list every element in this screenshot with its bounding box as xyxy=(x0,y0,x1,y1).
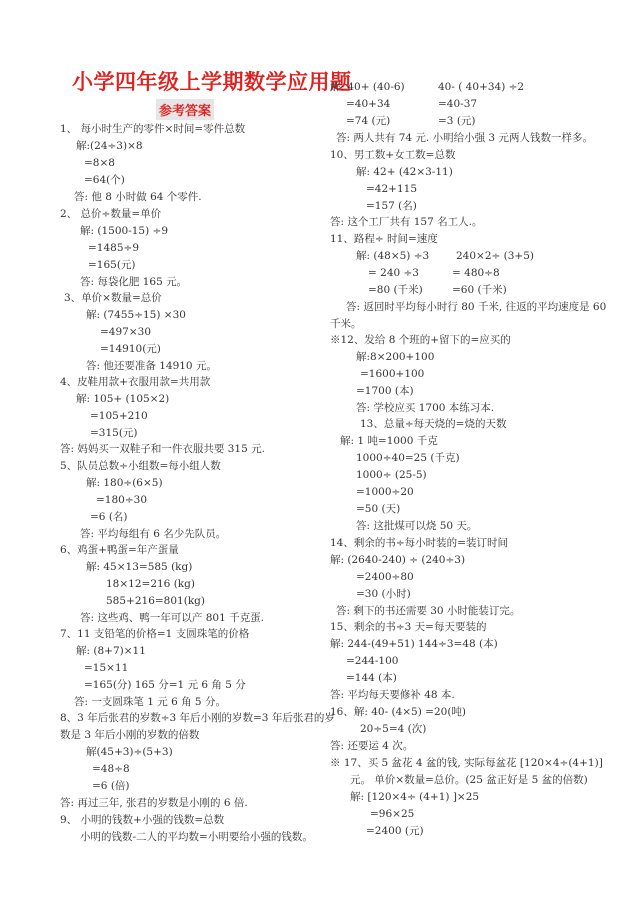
text-line: =8×8 xyxy=(84,156,115,170)
text-line: =6 (倍) xyxy=(92,779,130,793)
text-line: 答: 返回时平均每小时行 80 千米, 往返的平均速度是 60 xyxy=(346,300,606,314)
text-line: =1485÷9 xyxy=(88,241,139,255)
text-line: 解: (1500-15) ÷9 xyxy=(80,224,168,238)
text-line: 解: (2640-240) ÷ (240÷3) xyxy=(330,553,465,567)
text-line: =48÷8 xyxy=(92,762,130,776)
text-line: 16、解: 40- (4×5) =20(吨) xyxy=(330,705,466,719)
text-line: 答: 这些鸡、鸭一年可以产 801 千克蛋. xyxy=(80,611,264,625)
text-line: 答: 他 8 小时做 64 个零件. xyxy=(74,190,202,204)
text-line: =30 (小时) xyxy=(356,587,411,601)
text-line: 240×2÷ (3+5) xyxy=(456,249,534,263)
text-line: 解: 180÷(6×5) xyxy=(86,476,163,490)
text-line: 1000÷40=25 (千克) xyxy=(356,451,460,465)
text-line: 答: 还要运 4 次。 xyxy=(330,739,413,753)
text-line: 解: 1 吨=1000 千克 xyxy=(340,434,438,448)
text-line: 解: [120×4÷ (4+1) ]×25 xyxy=(350,790,479,804)
text-line: =74 (元) xyxy=(346,114,390,128)
text-line: 解: (8+7)×11 xyxy=(76,644,146,658)
text-line: 1000÷ (25-5) xyxy=(356,468,427,482)
text-line: =244-100 xyxy=(346,654,398,668)
text-line: =80 (千米) xyxy=(368,283,423,297)
text-line: 千米。 xyxy=(330,317,362,331)
text-line: 14、剩余的书÷每小时装的=装订时间 xyxy=(330,536,508,550)
text-line: 9、 小明的钱数+小强的钱数=总数 xyxy=(60,813,224,827)
text-line: 解: 45×13=585 (kg) xyxy=(86,560,192,574)
text-line: =50 (天) xyxy=(356,502,400,516)
text-line: ※12、发给 8 个班的+留下的=应买的 xyxy=(330,333,511,347)
text-line: =14910(元) xyxy=(100,342,161,356)
text-line: =42+115 xyxy=(366,182,417,196)
text-line: =1700 (本) xyxy=(356,384,414,398)
text-line: 1、 每小时生产的零件×时间=零件总数 xyxy=(60,122,245,136)
text-line: =144 (本) xyxy=(346,671,397,685)
text-line: 18×12=216 (kg) xyxy=(106,577,195,591)
text-line: = 480÷8 xyxy=(452,266,500,280)
text-line: 11、路程÷ 时间=速度 xyxy=(330,232,438,246)
text-line: 解: 40+ (40-6) xyxy=(330,80,405,94)
text-line: =165(分) 165 分=1 元 6 角 5 分 xyxy=(84,678,246,692)
text-line: 7、11 支铅笔的价格=1 支圆珠笔的价格 xyxy=(60,627,249,641)
document-title: 小学四年级上学期数学应用题 xyxy=(72,66,308,96)
text-line: =2400 (元) xyxy=(366,824,424,838)
text-line: =3 (元) xyxy=(438,114,476,128)
text-line: ※ 17、买 5 盆花 4 盆的钱, 实际每盆花 [120×4÷(4+1)] xyxy=(330,756,603,770)
text-line: 解: (48×5) ÷3 xyxy=(356,249,429,263)
text-line: =15×11 xyxy=(84,661,128,675)
text-line: 解:8×200+100 xyxy=(356,350,434,364)
text-line: =40-37 xyxy=(438,97,477,111)
text-line: 解: (7455÷15) ×30 xyxy=(86,308,186,322)
text-line: =6 (名) xyxy=(90,510,128,524)
text-line: 答: 妈妈买一双鞋子和一件衣服共要 315 元. xyxy=(60,442,265,456)
text-line: 20÷5=4 (次) xyxy=(360,722,426,736)
text-line: 答: 一支圆珠笔 1 元 6 角 5 分。 xyxy=(74,695,226,709)
text-line: 2、 总价÷数量=单价 xyxy=(60,207,161,221)
text-line: 解:(24÷3)×8 xyxy=(76,139,143,153)
text-line: =157 (名) xyxy=(366,199,417,213)
text-line: 解: 244-(49+51) 144÷3=48 (本) xyxy=(330,637,498,651)
text-line: 答: 每袋化肥 165 元。 xyxy=(80,275,187,289)
text-line: 40- ( 40+34) ÷2 xyxy=(438,80,524,94)
document-subtitle: 参考答案 xyxy=(156,99,214,120)
text-line: 解: 105+ (105×2) xyxy=(76,392,169,406)
text-line: =96×25 xyxy=(370,807,414,821)
text-line: =315(元) xyxy=(90,426,138,440)
text-line: 答: 两人共有 74 元. 小明给小强 3 元两人钱数一样多。 xyxy=(336,131,593,145)
text-line: 答: 学校应买 1700 本练习本. xyxy=(356,401,494,415)
text-line: 答: 这个工厂共有 157 名工人.。 xyxy=(330,215,482,229)
text-line: =40+34 xyxy=(346,97,390,111)
text-line: 答: 这批煤可以烧 50 天。 xyxy=(356,519,477,533)
text-line: =180÷30 xyxy=(96,493,147,507)
text-line: =64(个) xyxy=(84,173,125,187)
text-line: =1000÷20 xyxy=(356,485,414,499)
text-line: 答: 再过三年, 张君的岁数是小刚的 6 倍. xyxy=(60,796,248,810)
text-line: 10、男工数+女工数=总数 xyxy=(330,148,455,162)
text-line: =497×30 xyxy=(100,325,151,339)
text-line: =165(元) xyxy=(88,258,136,272)
text-line: 3、单价×数量=总价 xyxy=(64,291,162,305)
text-line: 15、剩余的书÷3 天=每天要装的 xyxy=(330,620,486,634)
text-line: 解(45+3)÷(5+3) xyxy=(86,745,173,759)
text-line: =105+210 xyxy=(90,409,148,423)
text-line: 答: 剩下的书还需要 30 小时能装订完。 xyxy=(336,604,520,618)
text-line: 小明的钱数-二人的平均数=小明要给小强的钱数。 xyxy=(80,830,313,844)
text-line: =60 (千米) xyxy=(452,283,507,297)
text-line: 元。 单价×数量=总价。(25 盆正好是 5 盆的倍数) xyxy=(350,773,588,787)
text-line: 6、鸡蛋+鸭蛋=年产蛋量 xyxy=(60,543,179,557)
text-line: = 240 ÷3 xyxy=(368,266,419,280)
text-line: 13、总量÷每天烧的=烧的天数 xyxy=(360,417,506,431)
text-line: 答: 平均每天要修补 48 本. xyxy=(330,688,455,702)
text-line: 答: 平均每组有 6 名少先队员。 xyxy=(80,527,226,541)
text-line: 解: 42+ (42×3-11) xyxy=(356,165,453,179)
text-line: 数是 3 年后小刚的岁数的倍数 xyxy=(60,728,199,742)
text-line: =1600+100 xyxy=(360,367,424,381)
text-line: 8、3 年后张君的岁数÷3 年后小刚的岁数=3 年后张君的岁 xyxy=(60,711,335,725)
text-line: 585+216=801(kg) xyxy=(106,594,205,608)
text-line: 5、队员总数÷小组数=每小组人数 xyxy=(60,459,221,473)
text-line: 4、皮鞋用款+衣服用款=共用款 xyxy=(60,375,210,389)
text-line: =2400÷80 xyxy=(356,570,414,584)
text-line: 答: 他还要准备 14910 元。 xyxy=(86,359,217,373)
